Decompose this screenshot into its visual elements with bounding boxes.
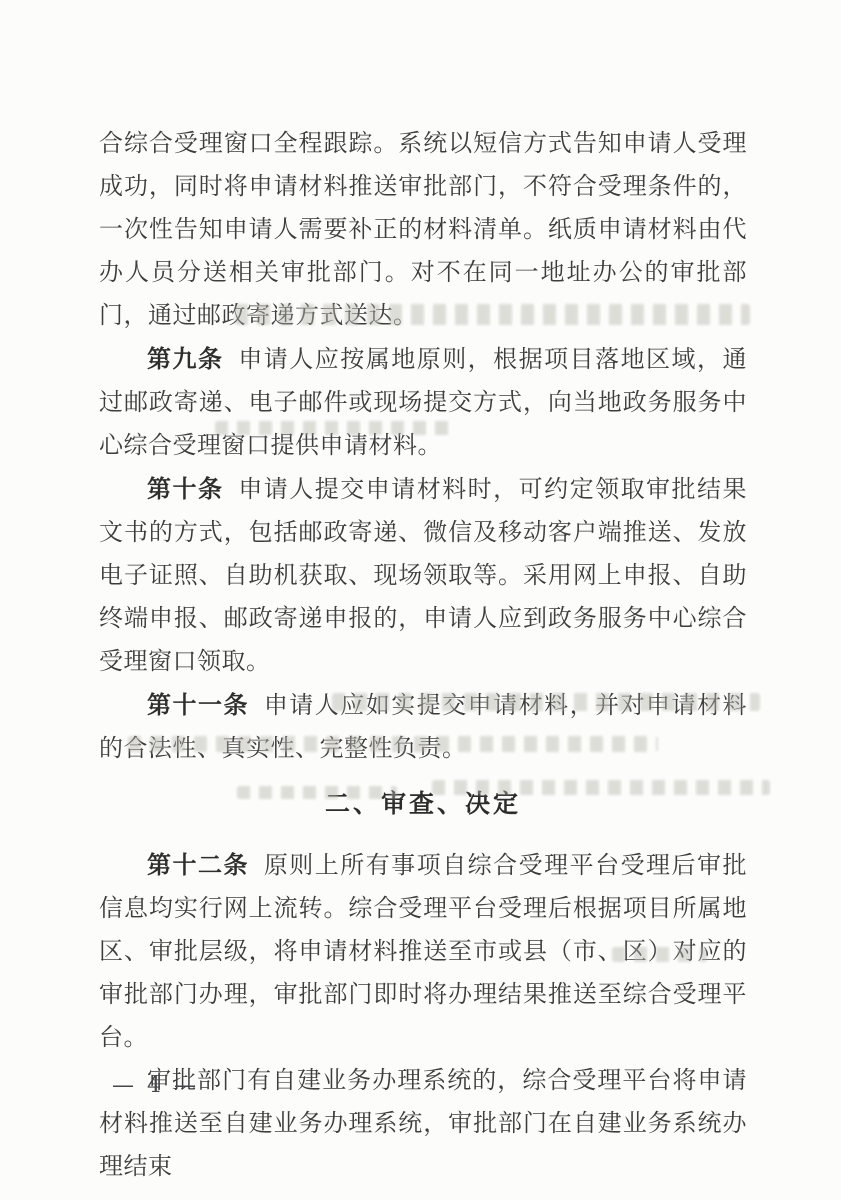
document-content: 合综合受理窗口全程跟踪。系统以短信方式告知申请人受理成功，同时将申请材料推送审批… <box>99 122 747 1188</box>
bleedthrough-artifact <box>432 780 770 795</box>
bleedthrough-artifact <box>237 786 397 799</box>
article-11-number: 第十一条 <box>147 690 264 719</box>
bleedthrough-artifact <box>612 947 707 962</box>
scanned-document-page: 合综合受理窗口全程跟踪。系统以短信方式告知申请人受理成功，同时将申请材料推送审批… <box>0 0 841 1200</box>
article-9: 第九条申请人应按属地原则，根据项目落地区域，通过邮政寄递、电子邮件或现场提交方式… <box>99 337 747 467</box>
bleedthrough-artifact <box>128 736 658 752</box>
article-10: 第十条申请人提交申请材料时，可约定领取审批结果文书的方式，包括邮政寄递、微信及移… <box>99 467 747 683</box>
article-12-number: 第十二条 <box>147 850 264 879</box>
article-10-number: 第十条 <box>147 474 238 503</box>
article-10-text: 申请人提交申请材料时，可约定领取审批结果文书的方式，包括邮政寄递、微信及移动客户… <box>99 475 747 675</box>
page-number: — 4 — <box>112 1072 199 1100</box>
article-9-number: 第九条 <box>147 344 238 373</box>
bleedthrough-artifact <box>215 421 450 435</box>
bleedthrough-artifact <box>332 693 760 711</box>
bleedthrough-artifact <box>235 304 750 325</box>
